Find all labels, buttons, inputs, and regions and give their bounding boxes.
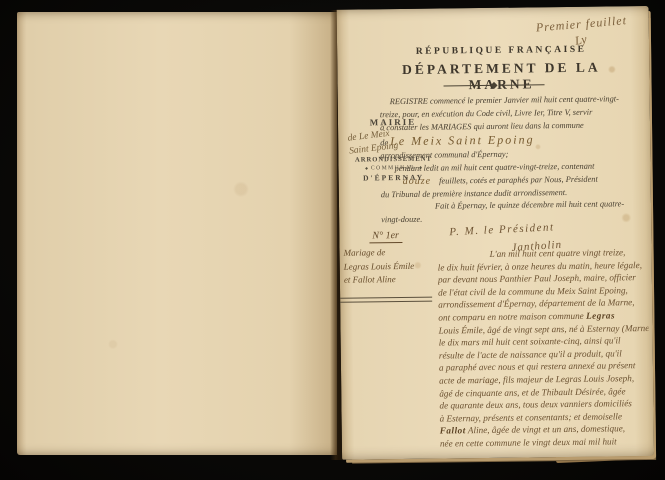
- stamp-dot-right: [419, 166, 422, 169]
- act-segment: Aline, âgée de vingt et un ans, domestiq…: [466, 424, 625, 436]
- header-departement: DÉPARTEMENT DE LA MARNE: [367, 59, 635, 94]
- register-scan: Premier feuillet Ly RÉPUBLIQUE FRANÇAISE…: [0, 0, 665, 480]
- stamp-epernay-label: D'ÉPERNAY: [351, 173, 437, 183]
- ornament-bar-right: [498, 84, 544, 86]
- stamp-dot-left: [365, 167, 368, 170]
- act-line-bride: Fallot Aline, âgée de vingt et un ans, d…: [440, 422, 650, 437]
- register-print-feuillets: feuillets, cotés et paraphés par Nous, P…: [439, 175, 598, 186]
- header-republique: RÉPUBLIQUE FRANÇAISE: [367, 44, 635, 57]
- marriage-act-text: L'an mil huit cent quatre vingt treize, …: [438, 246, 650, 450]
- act-line: arrondissement d'Épernay, département de…: [438, 296, 648, 311]
- margin-note-line-2: Legras Louis Émile: [344, 259, 440, 274]
- margin-note: Mariage de Legras Louis Émile et Fallot …: [344, 246, 440, 288]
- issued-line-1: Fait à Épernay, le quinze décembre mil h…: [435, 199, 624, 210]
- ornament-diamond: [490, 81, 497, 88]
- ornament-bar-left: [443, 84, 489, 86]
- stamp-communal-label: COMMUNAL: [371, 165, 416, 172]
- mairie-stamp: MAIRIE de Le Meix Saint Epoing ARRONDISS…: [350, 117, 437, 183]
- left-page-blank: [17, 12, 337, 455]
- act-segment: ont comparu en notre maison commune: [438, 311, 586, 323]
- margin-double-rule: [340, 297, 432, 303]
- stamp-communal-row: COMMUNAL: [351, 165, 437, 172]
- margin-act-number: N° 1er: [369, 230, 402, 243]
- margin-note-line-3: et Fallot Aline: [344, 273, 440, 288]
- margin-note-line-1: Mariage de: [344, 246, 440, 261]
- act-line: née en cette commune le vingt deux mai m…: [440, 435, 650, 450]
- president-signature-title: P. M. le Président: [449, 221, 555, 238]
- issued-line-2: vingt-douze.: [381, 215, 422, 225]
- right-page: Premier feuillet Ly RÉPUBLIQUE FRANÇAISE…: [337, 6, 654, 460]
- groom-surname: Legras: [586, 310, 615, 320]
- bride-surname: Fallot: [440, 426, 466, 436]
